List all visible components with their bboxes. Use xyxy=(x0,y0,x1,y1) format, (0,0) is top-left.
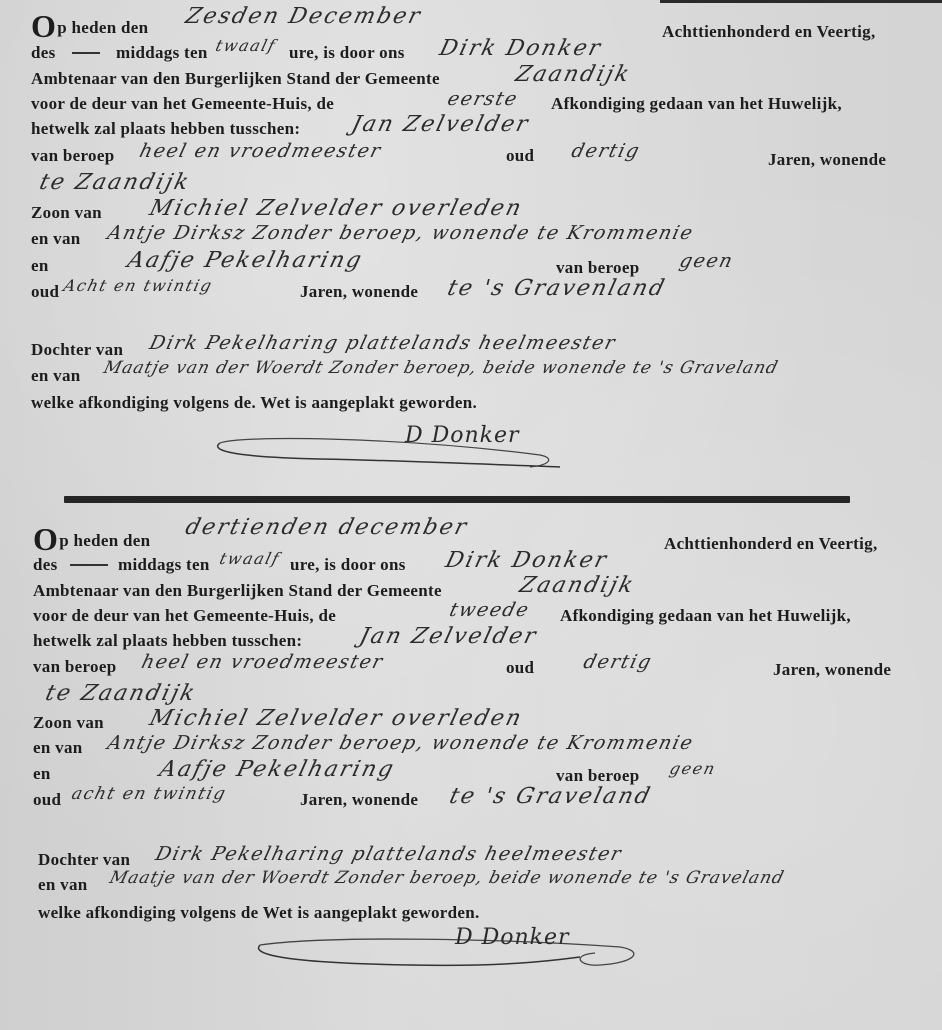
handwritten-groom-occupation: heel en vroedmeester xyxy=(139,651,386,673)
afkondiging-label: Afkondiging gedaan van het Huwelijk, xyxy=(560,606,851,626)
dochter-van-label: Dochter van xyxy=(38,850,130,870)
handwritten-bride-mother: Maatje van der Woerdt Zonder beroep, bei… xyxy=(108,868,787,888)
handwritten-hour: twaalf xyxy=(214,36,279,55)
voor-de-deur-label: voor de deur van het Gemeente-Huis, de xyxy=(31,94,334,114)
handwritten-groom-mother: Antje Dirksz Zonder beroep, wonende te K… xyxy=(105,732,696,754)
jaren-wonende-bride-label: Jaren, wonende xyxy=(300,790,418,810)
blank-dash xyxy=(70,564,108,566)
signature-text: D Donker xyxy=(405,423,520,448)
handwritten-bride-residence: te 's Gravenland xyxy=(445,276,669,301)
handwritten-bride: Aafje Pekelharing xyxy=(157,757,398,782)
handwritten-bride-residence: te 's Graveland xyxy=(447,784,654,809)
document-page: Op heden den Zesden December Achttienhon… xyxy=(0,0,942,1030)
handwritten-groom-residence: te Zaandijk xyxy=(43,681,199,706)
entry-divider-rule xyxy=(64,496,850,503)
handwritten-groom-age: dertig xyxy=(581,651,654,673)
ure-label: ure, is door ons xyxy=(289,43,405,63)
voor-de-deur-label: voor de deur van het Gemeente-Huis, de xyxy=(33,606,336,626)
handwritten-bride: Aafje Pekelharing xyxy=(125,248,366,273)
handwritten-municipality: Zaandijk xyxy=(517,573,638,598)
handwritten-official: Dirk Donker xyxy=(443,548,611,573)
opening-text: Op heden den xyxy=(31,6,148,38)
handwritten-groom-occupation: heel en vroedmeester xyxy=(137,140,384,162)
signature-block: D Donker xyxy=(200,415,580,475)
des-label: des xyxy=(33,555,58,575)
zoon-van-label: Zoon van xyxy=(31,203,102,223)
oud-bride-label: oud xyxy=(33,790,61,810)
handwritten-groom: Jan Zelvelder xyxy=(357,624,540,649)
en-label: en xyxy=(31,256,49,276)
handwritten-groom-father: Michiel Zelvelder overleden xyxy=(147,706,526,731)
en-van-mother-label: en van xyxy=(38,875,88,895)
ure-label: ure, is door ons xyxy=(290,555,406,575)
handwritten-groom: Jan Zelvelder xyxy=(349,112,532,137)
handwritten-announcement-number: eerste xyxy=(445,88,520,110)
ambtenaar-label: Ambtenaar van den Burgerlijken Stand der… xyxy=(31,69,440,89)
handwritten-bride-age: acht en twintig xyxy=(70,784,229,804)
jaren-wonende-bride-label: Jaren, wonende xyxy=(300,282,418,302)
year-text: Achttienhonderd en Veertig, xyxy=(664,534,878,554)
handwritten-bride-father: Dirk Pekelharing plattelands heelmeester xyxy=(153,843,624,865)
handwritten-groom-mother: Antje Dirksz Zonder beroep, wonende te K… xyxy=(105,222,696,244)
van-beroep-bride-label: van beroep xyxy=(556,766,639,786)
des-label: des xyxy=(31,43,56,63)
van-beroep-label: van beroep xyxy=(31,146,114,166)
handwritten-official: Dirk Donker xyxy=(437,36,605,61)
middags-label: middags ten xyxy=(116,43,208,63)
blank-dash xyxy=(72,52,100,54)
dochter-van-label: Dochter van xyxy=(31,340,123,360)
van-beroep-bride-label: van beroep xyxy=(556,258,639,278)
oud-label: oud xyxy=(506,658,534,678)
handwritten-date: dertienden december xyxy=(183,515,471,540)
oud-bride-label: oud xyxy=(31,282,59,302)
top-rule xyxy=(660,0,942,3)
handwritten-bride-occupation: geen xyxy=(677,250,736,272)
middags-label: middags ten xyxy=(118,555,210,575)
en-van-label: en van xyxy=(31,229,81,249)
van-beroep-label: van beroep xyxy=(33,657,116,677)
welke-afkondiging-text: welke afkondiging volgens de Wet is aang… xyxy=(38,903,480,923)
ambtenaar-label: Ambtenaar van den Burgerlijken Stand der… xyxy=(33,581,442,601)
en-van-label: en van xyxy=(33,738,83,758)
handwritten-bride-occupation: geen xyxy=(668,759,719,778)
signature-text: D Donker xyxy=(455,925,570,950)
en-van-mother-label: en van xyxy=(31,366,81,386)
zoon-van-label: Zoon van xyxy=(33,713,104,733)
signature-block: D Donker xyxy=(250,925,670,995)
en-label: en xyxy=(33,764,51,784)
hetwelk-label: hetwelk zal plaats hebben tusschen: xyxy=(33,631,302,651)
jaren-wonende-label: Jaren, wonende xyxy=(773,660,891,680)
signature-flourish xyxy=(200,415,580,475)
year-text: Achttienhonderd en Veertig, xyxy=(662,22,876,42)
handwritten-date: Zesden December xyxy=(183,4,425,29)
handwritten-groom-father: Michiel Zelvelder overleden xyxy=(147,196,526,221)
handwritten-announcement-number: tweede xyxy=(447,599,532,621)
handwritten-bride-father: Dirk Pekelharing plattelands heelmeester xyxy=(147,332,618,354)
jaren-wonende-label: Jaren, wonende xyxy=(768,150,886,170)
welke-afkondiging-text: welke afkondiging volgens de. Wet is aan… xyxy=(31,393,477,413)
opening-text: Op heden den xyxy=(33,519,150,551)
afkondiging-label: Afkondiging gedaan van het Huwelijk, xyxy=(551,94,842,114)
handwritten-bride-age: Acht en twintig xyxy=(62,276,215,295)
oud-label: oud xyxy=(506,146,534,166)
hetwelk-label: hetwelk zal plaats hebben tusschen: xyxy=(31,119,300,139)
handwritten-groom-age: dertig xyxy=(569,140,642,162)
handwritten-bride-mother: Maatje van der Woerdt Zonder beroep, bei… xyxy=(102,358,781,378)
handwritten-municipality: Zaandijk xyxy=(513,62,634,87)
handwritten-groom-residence: te Zaandijk xyxy=(37,170,193,195)
handwritten-hour: twaalf xyxy=(218,549,283,568)
